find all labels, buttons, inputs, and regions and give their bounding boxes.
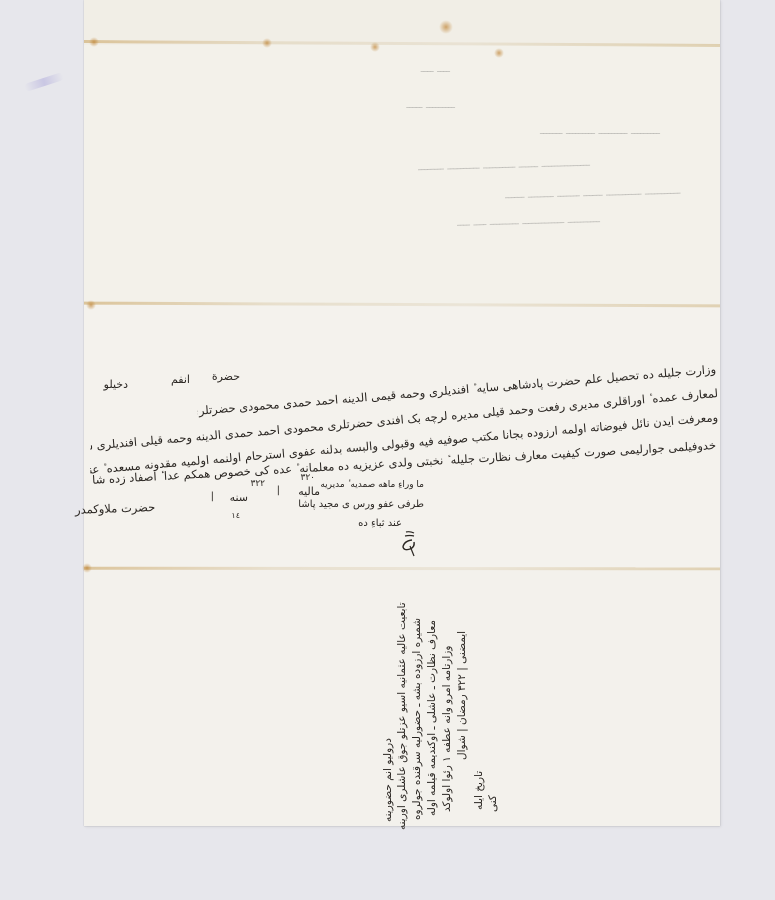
bleed-through-line: ـــــــــ ـــــــــ ـــــــــ ـــــــ xyxy=(540,124,660,137)
date-separator-2: | xyxy=(277,486,280,496)
body-line-5: حضرت ملاوکمدر xyxy=(75,502,156,516)
date-separator: | xyxy=(211,492,214,502)
bleed-through-line: ـــــــــ ـــــ xyxy=(406,98,455,111)
foxing-stain xyxy=(370,42,380,52)
foxing-stain xyxy=(89,37,99,47)
annotation-column-1: درولیو انم حضورینه xyxy=(382,738,394,822)
foxing-stain xyxy=(86,300,96,310)
annotation-column-8: کنی xyxy=(487,795,499,812)
signature-flourish-icon xyxy=(398,530,420,558)
background-ink-mark xyxy=(24,72,65,92)
fold-panel-2 xyxy=(84,45,720,305)
annotation-column-4: معارف نظارت ـ عاشلی ـ اوکندیمه قیلمه اول… xyxy=(426,620,438,816)
annotation-column-6: ایمضنی | ۳۲۲ رمضان | شوال xyxy=(456,631,468,760)
annotation-column-5: وزارتامه امرو وانه عطفه ۱ رئوا اولوکد xyxy=(441,646,453,812)
date-month: سنه xyxy=(230,492,248,503)
header-word-right: دخيلو xyxy=(104,379,128,390)
signature-line-2: طرفی عفو ورس ی مجید پاشا xyxy=(298,500,424,510)
foxing-stain xyxy=(82,563,92,573)
foxing-stain xyxy=(494,48,504,58)
date-day: ١٤ xyxy=(231,512,240,520)
signature-line-1: ما وراءِ ماهه صمدیه ٔ مدیریه xyxy=(320,481,424,490)
annotation-column-2: تابعیت عالیه عثمانیه اسیو عزتلو جوق عاشل… xyxy=(396,602,408,830)
fold-line xyxy=(84,567,720,571)
header-word-middle: انفم xyxy=(171,374,190,385)
fold-panel-top xyxy=(84,0,720,45)
date-rumi-label: مالیه xyxy=(298,486,320,497)
document-sheet: ــــ ــــ ـــــــــ ـــــ ـــــــــ ــــ… xyxy=(84,0,720,826)
header-word-left: حضرة xyxy=(212,371,240,382)
annotation-column-7: تاریخ ایله xyxy=(473,771,485,810)
bleed-through-line: ــــ ــــ xyxy=(421,62,450,75)
annotation-column-3: شمیره ارزوده بشه ـ حضورلیه سرقنده جولروه xyxy=(411,618,423,820)
signature-line-3: عند ثباءِ ده xyxy=(358,519,402,529)
foxing-stain xyxy=(439,20,453,34)
date-hijri-year: ٣٢٢ xyxy=(250,480,265,489)
date-rumi-year: ٣٢٠ xyxy=(300,474,315,483)
foxing-stain xyxy=(262,38,272,48)
